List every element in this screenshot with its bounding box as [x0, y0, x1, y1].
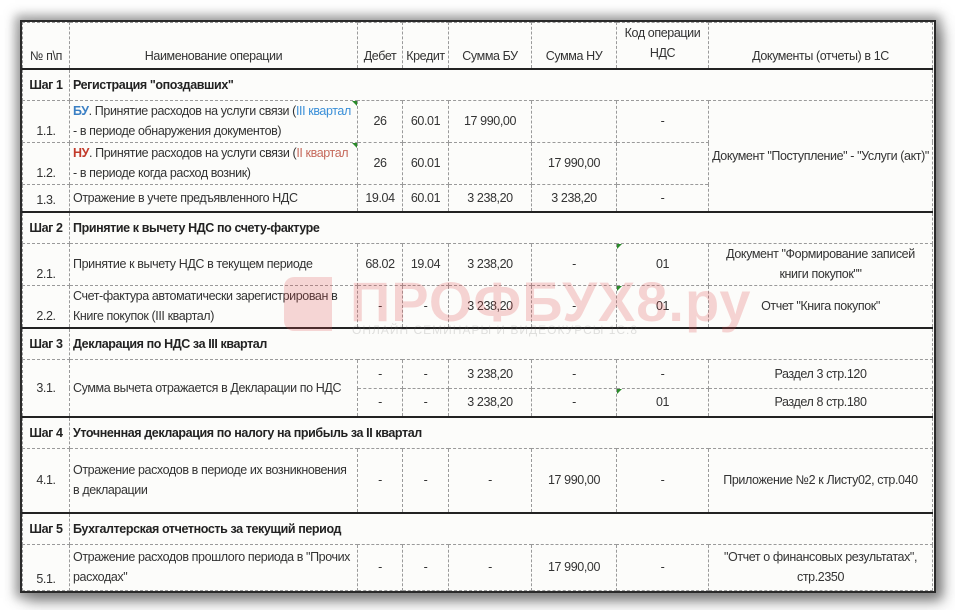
row-vat-code: 01 [617, 285, 709, 328]
row-sum-nu: 17 990,00 [532, 142, 617, 184]
row-sum-bu: 3 238,20 [449, 243, 532, 285]
row-num: 1.2. [23, 142, 70, 184]
row-num: 1.1. [23, 100, 70, 142]
row-docs: Документ "Формирование записей книги пок… [709, 243, 933, 285]
row-num: 2.1. [23, 243, 70, 285]
step-row: Шаг 4 Уточненная декларация по налогу на… [23, 417, 933, 448]
row-debit: 68.02 [358, 243, 403, 285]
step-title: Регистрация "опоздавших" [70, 69, 933, 100]
row-debit: - [358, 359, 403, 388]
row-debit: 19.04 [358, 184, 403, 212]
row-vat-code: - [617, 184, 709, 212]
row-sum-nu: - [532, 388, 617, 417]
row-sum-bu: - [449, 448, 532, 513]
row-name: Счет-фактура автоматически зарегистриров… [70, 285, 358, 328]
row-docs: "Отчет о финансовых результатах", стр.23… [709, 544, 933, 590]
row-sum-nu: 17 990,00 [532, 544, 617, 590]
table-row: 3.1. Сумма вычета отражается в Деклараци… [23, 359, 933, 388]
row-docs: Раздел 3 стр.120 [709, 359, 933, 388]
step-row: Шаг 5 Бухгалтерская отчетность за текущи… [23, 513, 933, 544]
table-row: 2.1. Принятие к вычету НДС в текущем пер… [23, 243, 933, 285]
row-num: 4.1. [23, 448, 70, 513]
row-sum-nu: 3 238,20 [532, 184, 617, 212]
row-credit: - [403, 359, 449, 388]
row-vat-code [617, 142, 709, 184]
row-name: НУ. Принятие расходов на услуги связи (I… [70, 142, 358, 184]
row-num: 5.1. [23, 544, 70, 590]
step-title: Бухгалтерская отчетность за текущий пери… [70, 513, 933, 544]
row-vat-code: - [617, 100, 709, 142]
row-name: Отражение расходов прошлого периода в "П… [70, 544, 358, 590]
row-vat-code: - [617, 448, 709, 513]
row-sum-bu [449, 142, 532, 184]
row-name: БУ. Принятие расходов на услуги связи (I… [70, 100, 358, 142]
row-docs: Приложение №2 к Листу02, стр.040 [709, 448, 933, 513]
step-row: Шаг 1 Регистрация "опоздавших" [23, 69, 933, 100]
row-debit: - [358, 544, 403, 590]
row-sum-bu: 3 238,20 [449, 359, 532, 388]
row-credit: - [403, 448, 449, 513]
row-num: 3.1. [23, 359, 70, 417]
row-name: Сумма вычета отражается в Декларации по … [70, 359, 358, 417]
header-num: № п\п [23, 23, 70, 70]
quarter-highlight: II квартал [296, 146, 348, 160]
step-row: Шаг 3 Декларация по НДС за III квартал [23, 328, 933, 359]
row-vat-code: 01 [617, 243, 709, 285]
table-row: 5.1. Отражение расходов прошлого периода… [23, 544, 933, 590]
row-vat-code: - [617, 544, 709, 590]
bu-prefix: БУ [73, 104, 89, 118]
step-label: Шаг 3 [23, 328, 70, 359]
header-docs: Документы (отчеты) в 1С [709, 23, 933, 70]
row-sum-bu: - [449, 544, 532, 590]
step-title: Принятие к вычету НДС по счету-фактуре [70, 212, 933, 243]
row-name: Отражение в учете предъявленного НДС [70, 184, 358, 212]
operations-table: № п\п Наименование операции Дебет Кредит… [22, 22, 933, 591]
row-sum-bu: 3 238,20 [449, 285, 532, 328]
row-sum-bu: 3 238,20 [449, 388, 532, 417]
header-debit: Дебет [358, 23, 403, 70]
row-debit: - [358, 448, 403, 513]
row-credit: - [403, 388, 449, 417]
step-label: Шаг 2 [23, 212, 70, 243]
header-sum-nu: Сумма НУ [532, 23, 617, 70]
row-sum-nu: - [532, 243, 617, 285]
row-docs: Раздел 8 стр.180 [709, 388, 933, 417]
header-sum-bu: Сумма БУ [449, 23, 532, 70]
header-vat-code: Код операции НДС [617, 23, 709, 70]
step-title: Декларация по НДС за III квартал [70, 328, 933, 359]
step-label: Шаг 5 [23, 513, 70, 544]
spreadsheet-table-image: № п\п Наименование операции Дебет Кредит… [20, 20, 936, 593]
row-vat-code: 01 [617, 388, 709, 417]
step-title: Уточненная декларация по налогу на прибы… [70, 417, 933, 448]
row-num: 1.3. [23, 184, 70, 212]
row-sum-nu: 17 990,00 [532, 448, 617, 513]
header-name: Наименование операции [70, 23, 358, 70]
table-row: 1.1. БУ. Принятие расходов на услуги свя… [23, 100, 933, 142]
step-label: Шаг 1 [23, 69, 70, 100]
step-label: Шаг 4 [23, 417, 70, 448]
row-debit: 26 [358, 142, 403, 184]
row-sum-bu: 17 990,00 [449, 100, 532, 142]
row-docs: Документ "Поступление" - "Услуги (акт)" [709, 100, 933, 212]
row-name: Отражение расходов в периоде их возникно… [70, 448, 358, 513]
row-name: Принятие к вычету НДС в текущем периоде [70, 243, 358, 285]
header-row: № п\п Наименование операции Дебет Кредит… [23, 23, 933, 70]
step-row: Шаг 2 Принятие к вычету НДС по счету-фак… [23, 212, 933, 243]
row-debit: - [358, 285, 403, 328]
table-row: 2.2. Счет-фактура автоматически зарегист… [23, 285, 933, 328]
row-vat-code: - [617, 359, 709, 388]
row-credit: 60.01 [403, 184, 449, 212]
row-num: 2.2. [23, 285, 70, 328]
row-docs: Отчет "Книга покупок" [709, 285, 933, 328]
nu-prefix: НУ [73, 146, 89, 160]
row-credit: - [403, 285, 449, 328]
row-credit: 60.01 [403, 142, 449, 184]
row-sum-bu: 3 238,20 [449, 184, 532, 212]
row-sum-nu [532, 100, 617, 142]
row-credit: 19.04 [403, 243, 449, 285]
row-sum-nu: - [532, 359, 617, 388]
row-debit: - [358, 388, 403, 417]
row-credit: - [403, 544, 449, 590]
table-row: 4.1. Отражение расходов в периоде их воз… [23, 448, 933, 513]
header-credit: Кредит [403, 23, 449, 70]
row-credit: 60.01 [403, 100, 449, 142]
row-debit: 26 [358, 100, 403, 142]
quarter-highlight: III квартал [296, 104, 351, 118]
row-sum-nu: - [532, 285, 617, 328]
